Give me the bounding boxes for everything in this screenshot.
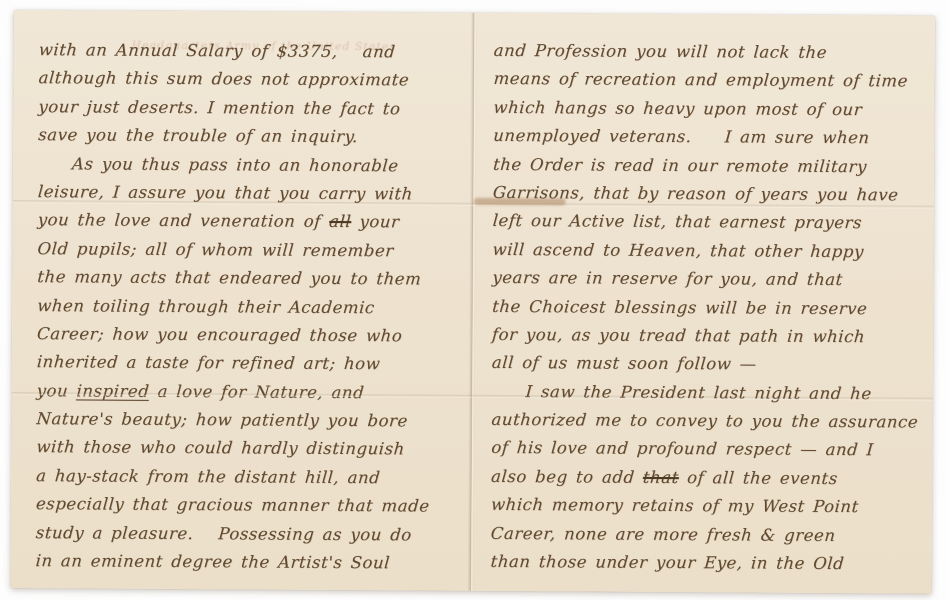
handwriting-text: the Order is read in our remote military — [492, 154, 867, 175]
handwriting-line: will ascend to Heaven, that other happy — [491, 236, 927, 267]
letter-spread: Headquarters Army of the United States w… — [10, 10, 935, 594]
handwriting-line: study a pleasure. Possessing as you do — [35, 519, 461, 550]
handwriting-line: although this sum does not approximate — [37, 65, 463, 96]
handwriting-line: when toiling through their Academic — [36, 292, 462, 323]
handwriting-line: inherited a taste for refined art; how — [36, 348, 462, 379]
handwriting-line: years are in reserve for you, and that — [491, 264, 927, 295]
handwriting-text: will ascend to Heaven, that other happy — [492, 240, 865, 261]
handwriting-text: when toiling through their Academic — [37, 296, 376, 317]
handwriting-text: means of recreation and employment of ti… — [493, 69, 909, 91]
handwriting-text: your just deserts. I mention the fact to — [38, 97, 401, 118]
handwriting-line: the Order is read in our remote military — [492, 150, 928, 181]
handwriting-text: Nature's beauty; how patiently you bore — [36, 409, 409, 430]
handwriting-line: Career; how you encouraged those who — [36, 320, 462, 351]
handwriting-text: for you, as you tread that path in which — [491, 325, 866, 346]
handwriting-line: As you thus pass into an honorable — [37, 150, 463, 181]
handwriting-line: the many acts that endeared you to them — [36, 263, 462, 294]
handwriting-text: all of us must soon follow — — [491, 353, 757, 374]
handwriting-line: all of us must soon follow — — [491, 349, 927, 380]
handwriting-text: the many acts that endeared you to them — [37, 267, 422, 288]
handwriting-text: left our Active list, that earnest praye… — [492, 211, 863, 232]
handwriting-line: means of recreation and employment of ti… — [492, 65, 928, 96]
handwriting-line: unemployed veterans. I am sure when — [492, 122, 928, 153]
handwriting-line: Career, none are more fresh & green — [490, 520, 926, 551]
handwriting-text: although this sum does not approximate — [38, 69, 410, 90]
handwriting-line: of his love and profound respect — and I — [490, 434, 926, 465]
handwriting-text: years are in reserve for you, and that — [492, 268, 844, 289]
handwriting-line: save you the trouble of an inquiry. — [37, 121, 463, 152]
handwriting-line: a hay-stack from the distant hill, and — [35, 462, 461, 493]
handwriting-block-left: with an Annual Salary of $3375, andaltho… — [35, 36, 462, 578]
underlined-word: inspired — [76, 381, 150, 400]
handwriting-text: with those who could hardly distinguish — [36, 438, 406, 459]
handwriting-line: Nature's beauty; how patiently you bore — [35, 405, 461, 436]
photo-background: Headquarters Army of the United States w… — [0, 0, 948, 600]
handwriting-text: with an Annual Salary of $3375, and — [38, 40, 396, 61]
handwriting-text: a love for Nature, and — [149, 382, 365, 402]
handwriting-line: your just deserts. I mention the fact to — [37, 93, 463, 124]
ink-stain-on-crease — [474, 198, 566, 206]
handwriting-line: especially that gracious manner that mad… — [35, 490, 461, 521]
handwriting-line: the Choicest blessings will be in reserv… — [491, 292, 927, 323]
handwriting-text: especially that gracious manner that mad… — [35, 494, 430, 515]
handwriting-text: the Choicest blessings will be in reserv… — [492, 296, 869, 317]
handwriting-line: you the love and veneration of all your — [37, 206, 463, 237]
handwriting-line: which hangs so heavy upon most of our — [492, 94, 928, 125]
handwriting-text: in an eminent degree the Artist's Soul — [35, 551, 391, 572]
handwriting-line: left our Active list, that earnest praye… — [492, 207, 928, 238]
handwriting-line: which memory retains of my West Point — [490, 491, 926, 522]
handwriting-text: study a pleasure. Possessing as you do — [35, 523, 412, 544]
handwriting-line: in an eminent degree the Artist's Soul — [35, 547, 461, 578]
handwriting-text: you — [36, 381, 77, 400]
handwriting-text: Career, none are more fresh & green — [490, 524, 836, 545]
handwriting-text: your — [351, 212, 401, 231]
handwriting-text: than those under your Eye, in the Old — [490, 552, 845, 573]
handwriting-line: than those under your Eye, in the Old — [490, 548, 926, 579]
handwriting-block-right: and Profession you will not lack themean… — [490, 37, 927, 579]
handwriting-text: a hay-stack from the distant hill, and — [35, 466, 381, 487]
handwriting-line: and Profession you will not lack the — [493, 37, 929, 68]
handwriting-line: authorized me to convey to you the assur… — [490, 406, 926, 437]
handwriting-text: which hangs so heavy upon most of our — [493, 98, 863, 119]
handwriting-text: As you thus pass into an honorable — [71, 154, 399, 175]
handwriting-text: save you the trouble of an inquiry. — [38, 125, 359, 146]
handwriting-line: with an Annual Salary of $3375, and — [38, 36, 464, 67]
handwriting-text: authorized me to convey to you the assur… — [491, 410, 919, 432]
handwriting-text: Old pupils; all of whom will remember — [37, 239, 395, 260]
handwriting-line: for you, as you tread that path in which — [491, 321, 927, 352]
letter-page-left: Headquarters Army of the United States w… — [10, 10, 474, 591]
handwriting-text: you the love and veneration of — [37, 210, 330, 231]
handwriting-line: with those who could hardly distinguish — [35, 434, 461, 465]
handwriting-text: which memory retains of my West Point — [490, 495, 859, 516]
handwriting-text: unemployed veterans. I am sure when — [493, 126, 871, 147]
handwriting-text: also beg to add — [490, 467, 643, 487]
struck-out-word: all — [328, 212, 351, 231]
handwriting-text: Career; how you encouraged those who — [36, 324, 403, 345]
handwriting-line: also beg to add that of all the events — [490, 463, 926, 494]
handwriting-text: of his love and profound respect — and I — [491, 438, 875, 459]
letter-page-right: and Profession you will not lack themean… — [471, 13, 935, 594]
handwriting-text: and Profession you will not lack the — [493, 41, 828, 62]
handwriting-text: inherited a taste for refined art; how — [36, 352, 381, 373]
handwriting-text: of all the events — [678, 468, 838, 488]
struck-out-word: that — [642, 468, 679, 487]
handwriting-line: I saw the President last night and he — [491, 378, 927, 409]
handwriting-line: Old pupils; all of whom will remember — [36, 235, 462, 266]
